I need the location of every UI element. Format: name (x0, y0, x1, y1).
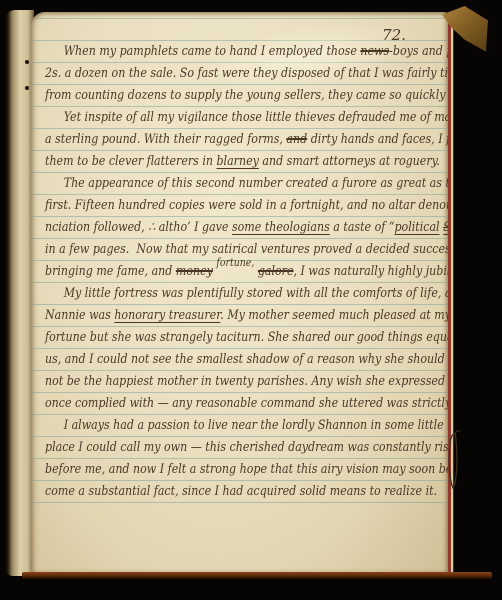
manuscript-line: The appearance of this second number cre… (45, 173, 387, 195)
handwritten-text: once complied with — any reasonable comm… (45, 396, 448, 411)
handwritten-text: a sterling pound. With their ragged form… (45, 132, 286, 147)
struck-text: and (286, 132, 307, 147)
handwritten-text: nciation followed, ∴ altho’ I gave (45, 220, 232, 235)
handwritten-text: , I was naturally highly jubilant over i… (293, 264, 448, 279)
manuscript-line: a sterling pound. With their ragged form… (45, 129, 387, 151)
manuscript-line: them to be clever flatterers in blarney … (45, 151, 387, 173)
manuscript-line: from counting dozens to supply the young… (45, 85, 387, 107)
handwritten-text: and smart attorneys at roguery. (259, 154, 440, 169)
handwritten-text: before me, and now I felt a strong hope … (45, 462, 448, 477)
handwritten-text: blarney (216, 154, 258, 169)
handwritten-text: not be the happiest mother in twenty par… (45, 374, 448, 389)
handwritten-text: My little fortress was plentifully store… (64, 286, 448, 301)
manuscript-line: us, and I could not see the smallest sha… (45, 349, 387, 371)
manuscript-line: Nannie was honorary treasurer. My mother… (45, 305, 387, 327)
manuscript-page: 72. When my pamphlets came to hand I emp… (31, 12, 448, 576)
handwritten-text: some theologians (232, 220, 330, 235)
struck-text: galore (258, 264, 294, 279)
manuscript-photo: 72. When my pamphlets came to hand I emp… (0, 0, 502, 600)
handwritten-text: from counting dozens to supply the young… (45, 88, 448, 103)
manuscript-line: nciation followed, ∴ altho’ I gave some … (45, 217, 387, 239)
manuscript-line: first. Fifteen hundred copies were sold … (45, 195, 387, 217)
handwritten-text: them to be clever flatterers in (45, 154, 216, 169)
handwritten-text: place I could call my own — this cherish… (45, 440, 448, 455)
manuscript-line: My little fortress was plentifully store… (45, 283, 387, 305)
inserted-text: fortune, (216, 252, 254, 274)
struck-text: news (360, 44, 389, 59)
manuscript-line: 2s. a dozen on the sale. So fast were th… (45, 63, 387, 85)
manuscript-line: place I could call my own — this cherish… (45, 437, 387, 459)
book-gutter (5, 10, 34, 576)
handwritten-text: 2s. a dozen on the sale. So fast were th… (45, 66, 448, 81)
handwritten-text: dirty hands and faces, I found (307, 132, 448, 147)
handwritten-text: come a substantial fact, since I had acq… (45, 484, 437, 499)
stitch-hole (25, 60, 29, 64)
handwritten-text: Nannie was (45, 308, 114, 323)
struck-text: money (176, 264, 213, 279)
stitch-hole (25, 86, 29, 90)
handwritten-text: fortune but she was strangely taciturn. … (45, 330, 448, 345)
handwritten-text: a taste of “ (330, 220, 395, 235)
manuscript-lines: When my pamphlets came to hand I employe… (45, 41, 447, 503)
handwritten-text: The appearance of this second number cre… (64, 176, 448, 191)
handwritten-text: -boys and paid them (389, 44, 448, 59)
cover-bottom-rim (22, 572, 492, 579)
handwritten-text: When my pamphlets came to hand I employe… (64, 44, 361, 59)
manuscript-line: bringing me fame, and money fortune, gal… (45, 261, 387, 283)
struck-text: Scatology (443, 220, 448, 235)
handwritten-text: Yet inspite of all my vigilance those li… (64, 110, 448, 125)
manuscript-line: I always had a passion to live near the … (45, 415, 387, 437)
handwritten-text: first. Fifteen hundred copies were sold … (45, 198, 448, 213)
manuscript-line: not be the happiest mother in twenty par… (45, 371, 387, 393)
manuscript-line: before me, and now I felt a strong hope … (45, 459, 387, 481)
handwritten-text: political (394, 220, 439, 235)
manuscript-line: Yet inspite of all my vigilance those li… (45, 107, 387, 129)
manuscript-line: come a substantial fact, since I had acq… (45, 481, 387, 503)
handwritten-text: honorary treasurer (114, 308, 220, 323)
handwritten-text: bringing me fame, and (45, 264, 176, 279)
manuscript-line: once complied with — any reasonable comm… (45, 393, 387, 415)
quill-margin-mark (445, 429, 465, 493)
manuscript-line: fortune but she was strangely taciturn. … (45, 327, 387, 349)
manuscript-line: When my pamphlets came to hand I employe… (45, 41, 387, 63)
handwritten-text: . My mother seemed much pleased at my go… (220, 308, 448, 323)
handwritten-text: I always had a passion to live near the … (64, 418, 444, 433)
handwritten-text: us, and I could not see the smallest sha… (45, 352, 445, 367)
